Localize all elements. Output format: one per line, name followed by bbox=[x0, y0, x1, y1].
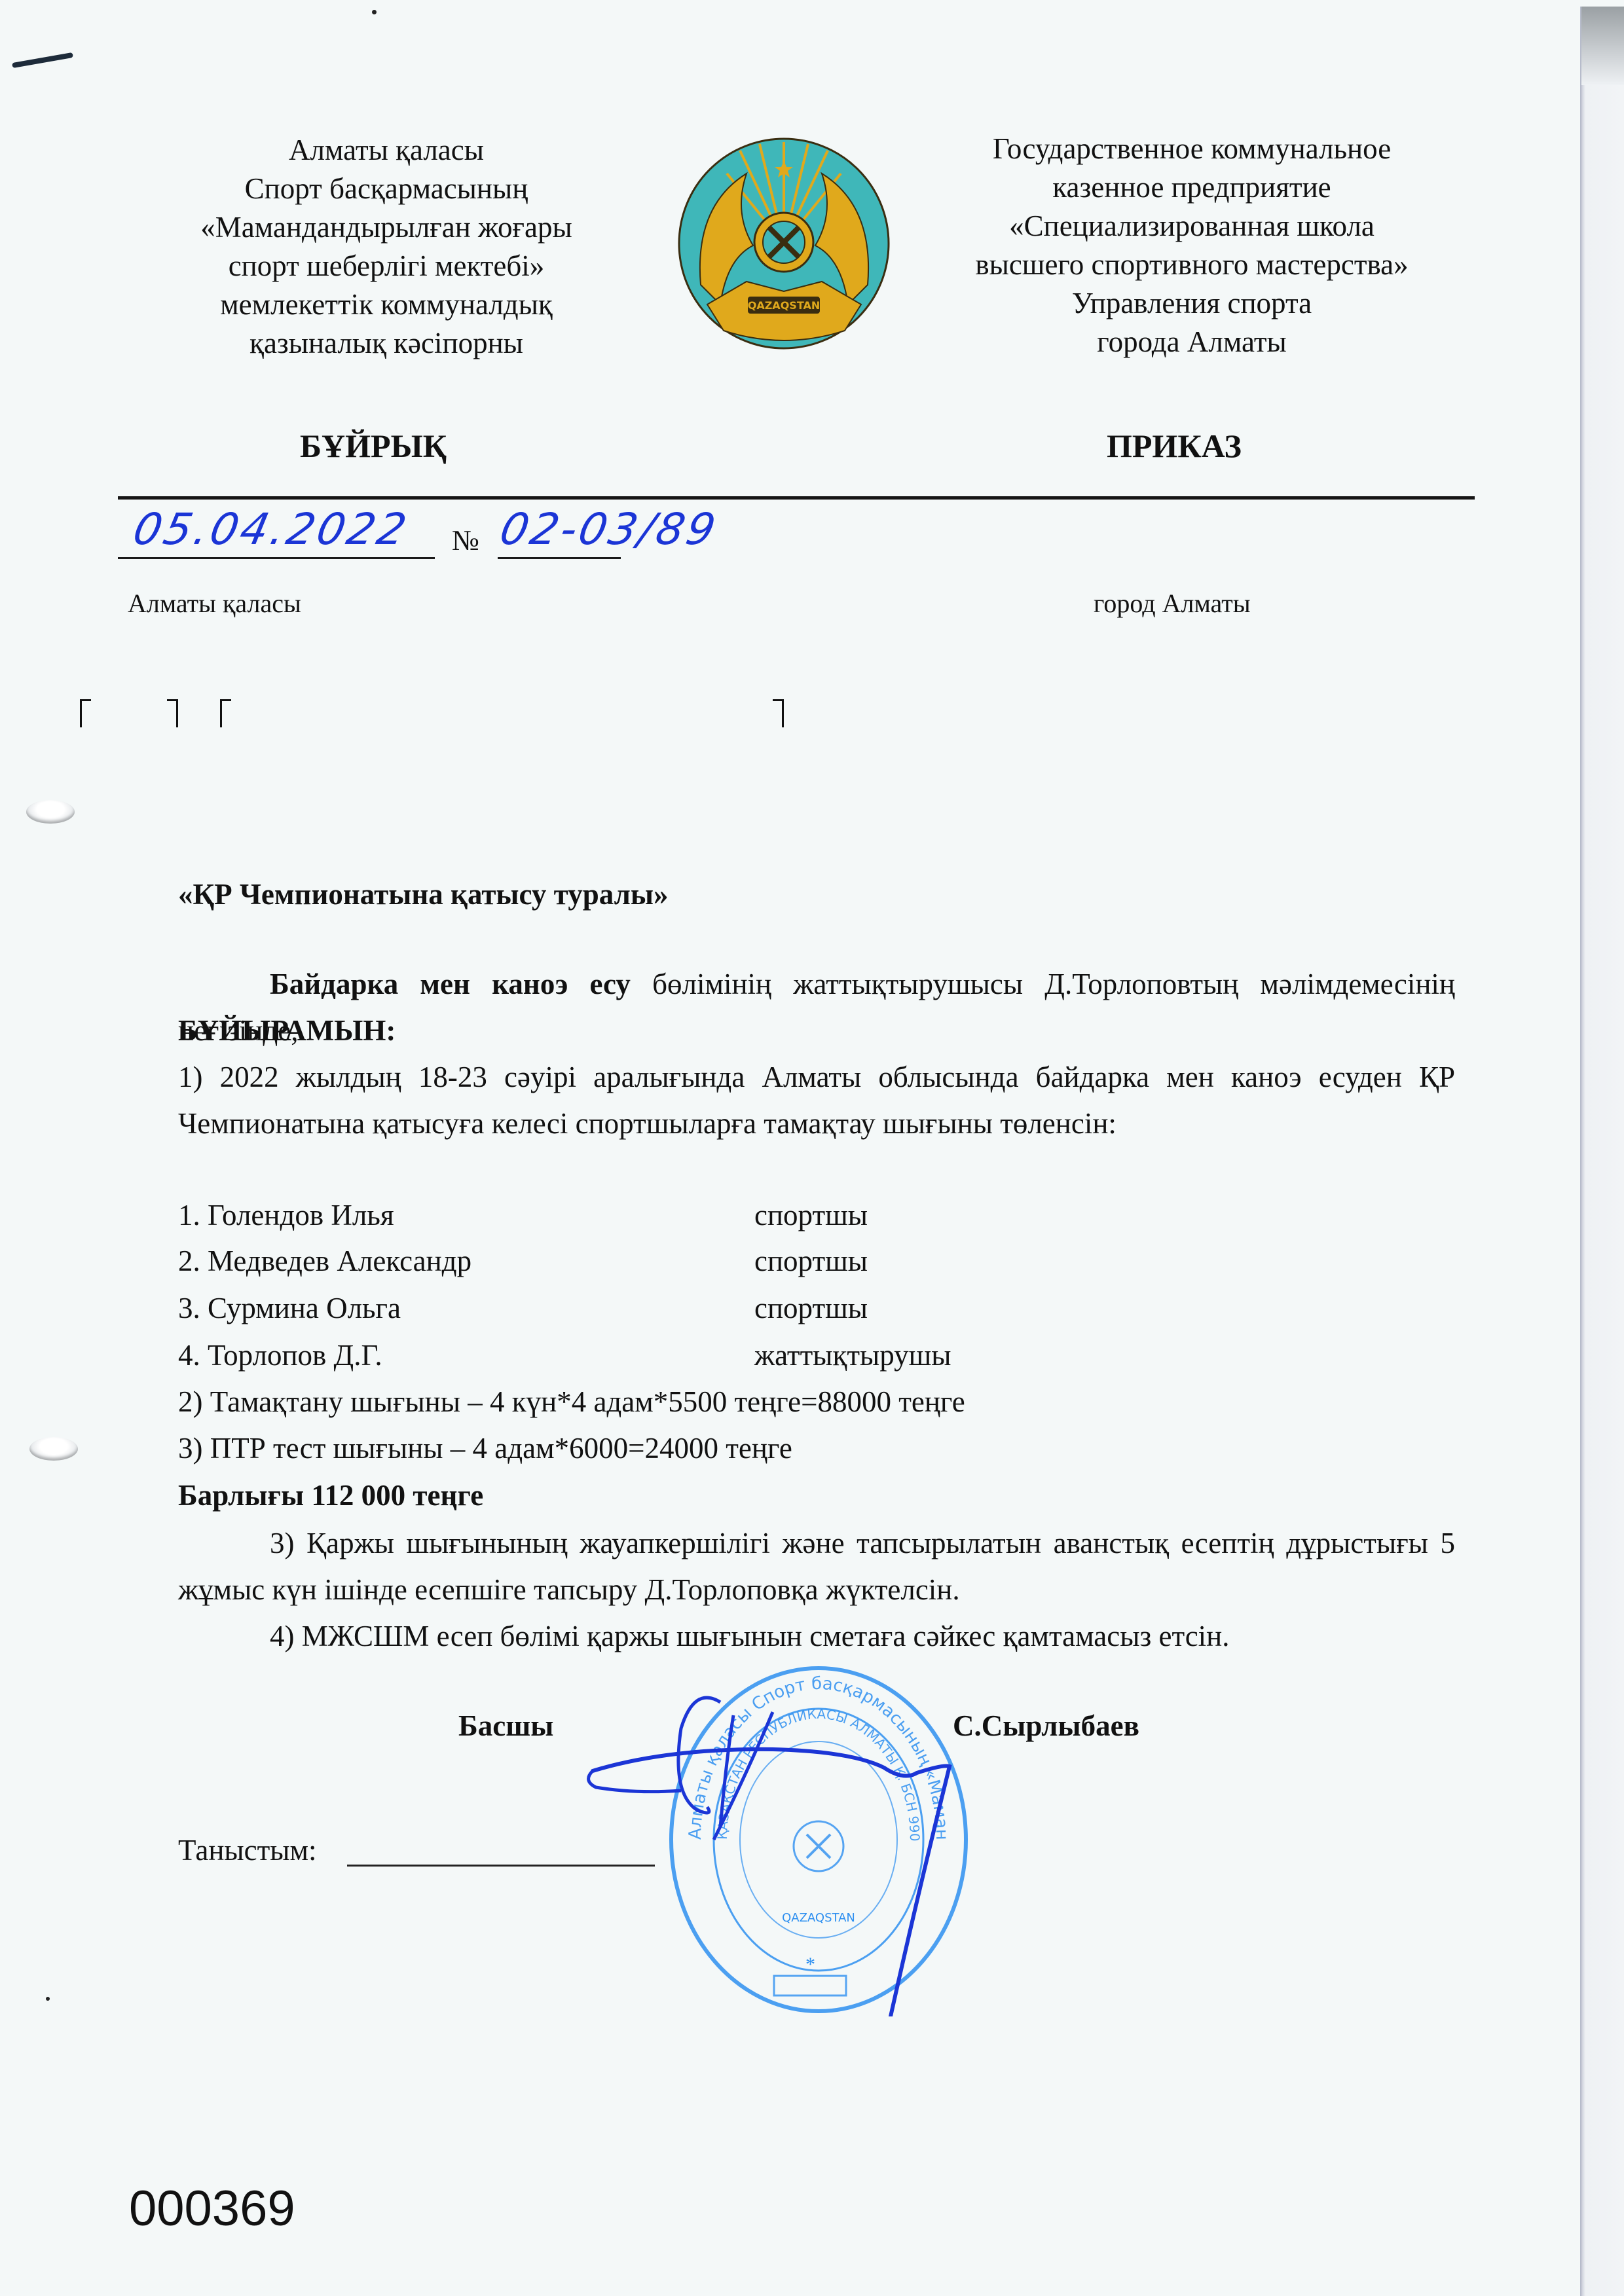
scan-artifact-mark bbox=[12, 52, 73, 68]
corner-bracket-icon bbox=[773, 699, 784, 727]
item-1: 1) 2022 жылдың 18-23 сәуірі аралығында А… bbox=[178, 1054, 1455, 1147]
header-kz-line: Алматы қаласы bbox=[141, 131, 632, 170]
doc-type-kz: БҰЙРЫҚ bbox=[300, 427, 447, 465]
date-underline bbox=[118, 557, 435, 559]
participant-role: спортшы bbox=[754, 1198, 868, 1232]
punch-hole-top bbox=[26, 800, 75, 824]
header-ru-line: Управления спорта bbox=[897, 284, 1486, 323]
item-3-pcr-cost: 3) ПТР тест шығыны – 4 адам*6000=24000 т… bbox=[178, 1431, 792, 1465]
participant-name: 2. Медведев Александр bbox=[178, 1244, 471, 1278]
preamble-bold: Байдарка мен каноэ есу bbox=[270, 968, 631, 1000]
city-kz: Алматы қаласы bbox=[128, 588, 301, 619]
header-ru-line: города Алматы bbox=[897, 323, 1486, 361]
participant-name: 4. Торлопов Д.Г. bbox=[178, 1338, 382, 1372]
header-ru-line: казенное предприятие bbox=[897, 168, 1486, 207]
page-number: 000369 bbox=[129, 2180, 295, 2237]
item-2-meal-cost: 2) Тамақтану шығыны – 4 күн*4 адам*5500 … bbox=[178, 1385, 965, 1419]
header-ru-line: Государственное коммунальное bbox=[897, 130, 1486, 168]
acknowledgement-label: Таныстым: bbox=[178, 1833, 317, 1867]
participant-role: спортшы bbox=[754, 1291, 868, 1325]
corner-bracket-icon bbox=[220, 699, 231, 727]
scan-speck bbox=[46, 1997, 50, 2001]
header-kz-org: Алматы қаласы Спорт басқармасының «Маман… bbox=[141, 131, 632, 363]
city-ru: город Алматы bbox=[1094, 588, 1251, 619]
handwritten-date: 05.04.2022 bbox=[129, 504, 413, 555]
handwritten-signature bbox=[576, 1676, 1074, 2016]
punch-hole-bottom bbox=[29, 1437, 78, 1461]
corner-bracket-icon bbox=[167, 699, 178, 727]
doc-type-ru: ПРИКАЗ bbox=[1107, 427, 1242, 465]
scanner-page-edge bbox=[1580, 7, 1624, 2296]
order-word: БҰЙЫРАМЫН: bbox=[178, 1014, 396, 1047]
kazakhstan-emblem-icon: QAZAQSTAN bbox=[674, 134, 894, 354]
item-4-accounting: 4) МЖСШМ есеп бөлімі қаржы шығынын смета… bbox=[178, 1613, 1455, 1660]
preamble-order-line: БҰЙЫРАМЫН: bbox=[178, 1008, 1455, 1054]
header-kz-line: «Мамандандырылған жоғары bbox=[141, 208, 632, 247]
participant-role: жаттықтырушы bbox=[754, 1338, 951, 1372]
corner-bracket-icon bbox=[80, 699, 91, 727]
order-title: «ҚР Чемпионатына қатысу туралы» bbox=[178, 877, 669, 911]
participant-role: спортшы bbox=[754, 1244, 868, 1278]
handwritten-number: 02-03/89 bbox=[496, 504, 722, 555]
header-kz-line: мемлекеттік коммуналдық bbox=[141, 285, 632, 324]
header-divider bbox=[118, 496, 1475, 500]
header-kz-line: қазыналық кәсіпорны bbox=[141, 324, 632, 363]
number-sign: № bbox=[452, 524, 479, 557]
participant-name: 3. Сурмина Ольга bbox=[178, 1291, 401, 1325]
header-ru-org: Государственное коммунальное казенное пр… bbox=[897, 130, 1486, 361]
header-kz-line: спорт шеберлігі мектебі» bbox=[141, 247, 632, 285]
header-ru-line: «Специализированная школа bbox=[897, 207, 1486, 246]
participant-name: 1. Голендов Илья bbox=[178, 1198, 394, 1232]
svg-text:QAZAQSTAN: QAZAQSTAN bbox=[748, 299, 821, 312]
acknowledgement-signature-line bbox=[347, 1865, 655, 1867]
total-amount: Барлығы 112 000 теңге bbox=[178, 1478, 483, 1512]
number-underline bbox=[498, 557, 621, 559]
item-3-responsibility: 3) Қаржы шығынының жауапкершілігі және т… bbox=[178, 1520, 1455, 1613]
header-ru-line: высшего спортивного мастерства» bbox=[897, 246, 1486, 284]
header-kz-line: Спорт басқармасының bbox=[141, 170, 632, 208]
scan-speck bbox=[372, 10, 377, 14]
signer-title: Басшы bbox=[458, 1709, 553, 1743]
